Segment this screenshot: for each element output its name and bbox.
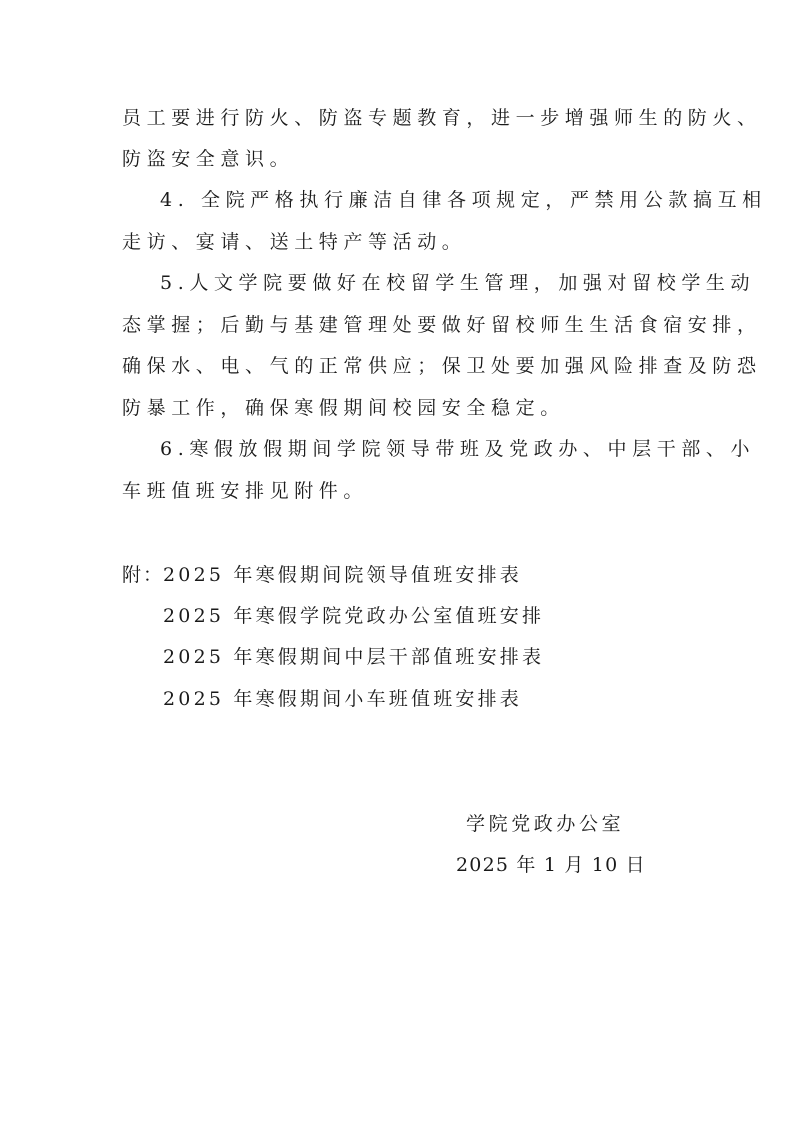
attachments-label: 附：	[122, 564, 164, 586]
signature-office: 学院党政办公室	[466, 813, 624, 835]
attachment-item: 2025 年寒假期间小车班值班安排表	[163, 688, 522, 710]
item-5-line: 5.人文学院要做好在校留学生管理，加强对留校学生动	[160, 272, 755, 294]
attachment-item: 2025 年寒假期间中层干部值班安排表	[163, 646, 544, 668]
body-line: 防盗安全意识。	[122, 148, 294, 170]
body-line: 车班值班安排见附件。	[122, 480, 368, 502]
body-line: 员工要进行防火、防盗专题教育，进一步增强师生的防火、	[122, 107, 762, 129]
body-line: 态掌握；后勤与基建管理处要做好留校师生生活食宿安排，	[122, 314, 762, 336]
signature-date: 2025 年 1 月 10 日	[456, 854, 646, 876]
body-line: 确保水、电、气的正常供应；保卫处要加强风险排查及防恐	[122, 355, 762, 377]
item-4-line: 4. 全院严格执行廉洁自律各项规定，严禁用公款搞互相	[160, 189, 767, 211]
body-line: 防暴工作，确保寒假期间校园安全稳定。	[122, 397, 565, 419]
document-page: 员工要进行防火、防盗专题教育，进一步增强师生的防火、 防盗安全意识。 4. 全院…	[0, 0, 793, 1122]
attachment-item: 2025 年寒假学院党政办公室值班安排	[163, 605, 544, 627]
body-line: 走访、宴请、送土特产等活动。	[122, 231, 466, 253]
item-6-line: 6.寒假放假期间学院领导带班及党政办、中层干部、小	[160, 438, 755, 460]
attachment-item: 2025 年寒假期间院领导值班安排表	[163, 564, 522, 586]
